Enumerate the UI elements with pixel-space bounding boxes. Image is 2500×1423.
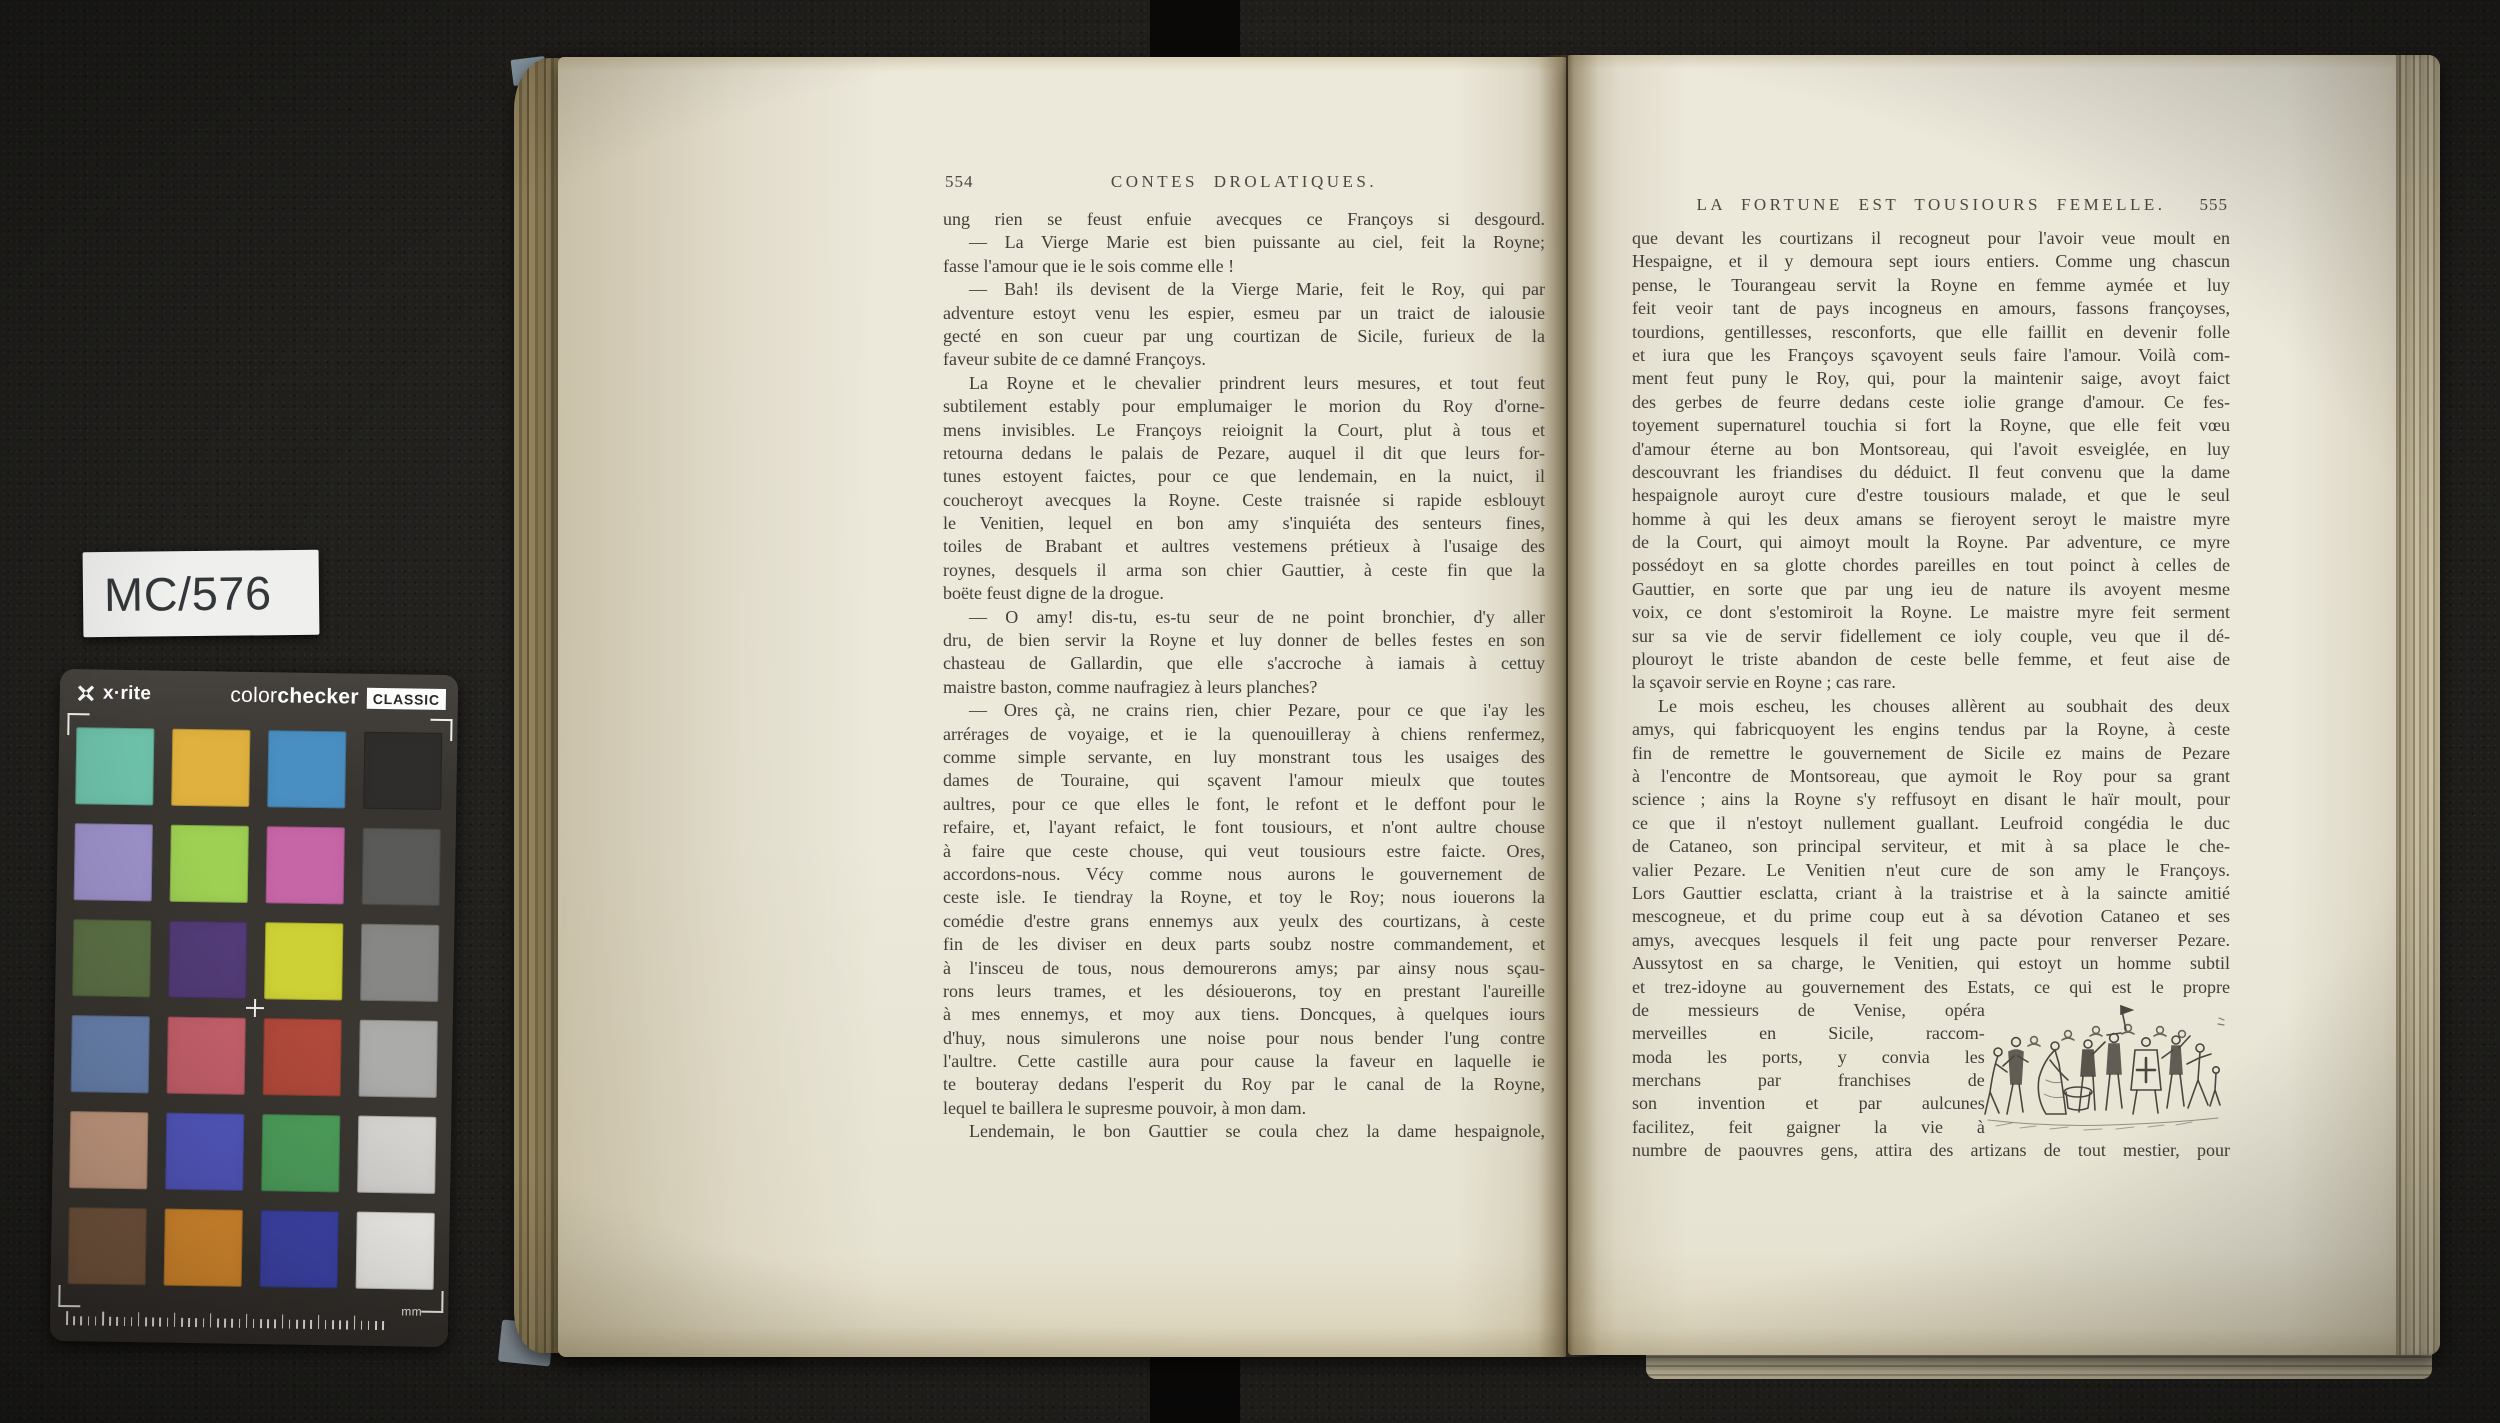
ruler-tick [238,1319,240,1328]
text-line: amys, qui fabricquoyent les engins tendu… [1632,718,2230,741]
ruler-tick [224,1319,226,1328]
text-block-left: ung rien se feust enfuie avecques ce Fra… [943,208,1545,1144]
book-page-left: 554 CONTES DROLATIQUES. ung rien se feus… [558,57,1566,1357]
ruler-tick [296,1320,298,1329]
text-line: pense, le Tourangeau servit la Royne en … [1632,274,2230,297]
archive-reference-label: MC/576 [83,550,320,637]
text-line: comédie d'estre grans ennemys aux yeulx … [943,910,1545,933]
text-line: amys, avecques lesquels il feit ung pact… [1632,929,2230,952]
color-patch [359,1020,438,1098]
running-head-right: LA FORTUNE EST TOUSIOURS FEMELLE. 555 [1632,195,2230,219]
xrite-brand: x·rite [75,682,152,705]
color-patch [164,1209,243,1287]
colorchecker-name: colorchecker [230,684,359,710]
text-line: à mes ennemys, et moy aux tiens. Doncque… [943,1003,1545,1026]
xrite-brand-text: x·rite [103,683,152,706]
photo-stage: MC/576 x·rite colorchecker CLASSIC mm [0,0,2500,1423]
text-line: maistre baston, comme naufragiez à leurs… [943,676,1545,699]
text-line: homme à qui les deux amans se fieroyent … [1632,508,2230,531]
text-line: dru, de bien servir la Royne et luy donn… [943,629,1545,652]
text-line: aultres, pour ce que elles le font, le r… [943,793,1545,816]
ruler-tick [274,1319,276,1328]
text-line: à l'encontre de Montsoreau, que aymoit l… [1632,765,2230,788]
text-line: accordons-nous. Vécy comme nous aurons l… [943,863,1545,886]
text-line: dames de Touraine, qui sçavent l'amour m… [943,769,1545,792]
text-line: et iura que les Françoys sçavoyent seuls… [1632,344,2230,367]
text-line: Hespaigne, et il y demoura sept iours en… [1632,250,2230,273]
colorchecker-card: x·rite colorchecker CLASSIC mm [50,669,459,1347]
center-registration-cross [246,999,264,1017]
xrite-logo-icon [75,682,97,704]
running-head-left: 554 CONTES DROLATIQUES. [943,172,1545,196]
color-patch [165,1113,244,1191]
ruler-tick [181,1318,183,1327]
ruler-tick [88,1316,90,1325]
ruler-tick [152,1317,154,1326]
text-line: moda les ports, y convia les [1632,1046,1985,1069]
crop-mark-bottom-left [58,1285,80,1307]
text-line: gecté en son cueur par ung courtizan de … [943,325,1545,348]
text-line: de messieurs de Venise, opéra [1632,999,1985,1022]
text-line: que devant les courtizans il recogneut p… [1632,227,2230,250]
ruler-tick [346,1320,348,1329]
color-patch [68,1207,147,1285]
text-line: — O amy! dis-tu, es-tu seur de ne point … [943,606,1545,629]
mm-unit-label: mm [401,1304,422,1318]
ruler-tick [289,1320,291,1329]
text-line: merchans par franchises de [1632,1069,1985,1092]
text-line: ceste isle. Ie tiendray la Royne, et toy… [943,886,1545,909]
text-line: fasse l'amour que ie le sois comme elle … [943,255,1545,278]
text-line: la sçavoir servie en Royne ; cas rare. [1632,671,2230,694]
backdrop-shadow-band-top [1150,0,1240,60]
ruler-tick [267,1319,269,1328]
ruler-tick [203,1318,205,1327]
ruler-tick [368,1321,370,1330]
text-line: de Cataneo, son principal serviteur, et … [1632,835,2230,858]
classic-edition-badge: CLASSIC [367,687,446,709]
crowd-engraving-illustration [1976,996,2228,1140]
text-line: comme simple servante, en luy monstrant … [943,746,1545,769]
ruler-tick [332,1320,334,1329]
text-line: toiles de Brabant et aultres vestemens p… [943,535,1545,558]
ruler-tick [159,1318,161,1327]
ruler-tick [95,1317,97,1326]
color-patch [170,825,249,903]
ruler-tick [131,1317,133,1326]
text-line: La Royne et le chevalier prindrent leurs… [943,372,1545,395]
ruler-tick [310,1320,312,1329]
ruler-tick [382,1321,384,1330]
text-block-right: que devant les courtizans il recogneut p… [1632,227,2230,1163]
text-line: Lors Gauttier esclatta, criant à la trai… [1632,882,2230,905]
millimeter-ruler [66,1309,396,1330]
text-line: son invention et par aulcunes [1632,1092,1985,1115]
text-line: Gauttier, en sorte que par ung ieu de na… [1632,578,2230,601]
text-line: toyement supernaturel touchia si fort la… [1632,414,2230,437]
ruler-tick [167,1318,169,1327]
text-line: plouroyt le triste abandon de ceste bell… [1632,648,2230,671]
text-line: tunes estoyent faictes, pour ce que lend… [943,465,1545,488]
color-patch [261,1114,340,1192]
text-line: science ; ains la Royne s'y reffusoyt en… [1632,788,2230,811]
text-line: coucheroyt avecques la Royne. Ceste trai… [943,489,1545,512]
text-line: valier Pezare. Le Venitien n'eut cure de… [1632,859,2230,882]
color-patch [264,922,343,1000]
text-line: l'aultre. Cette castille aura pour cause… [943,1050,1545,1073]
text-line: voix, ce dont s'estomiroit la Royne. Le … [1632,601,2230,624]
backdrop-shadow-band-bottom [1150,1350,1240,1423]
text-line: refaire, et, l'ayant refaict, le font to… [943,816,1545,839]
ruler-tick [188,1318,190,1327]
text-line: d'amour éterne au bon Montsoreau, qui l'… [1632,438,2230,461]
text-line: facilitez, feit gaigner la vie à [1632,1116,1985,1139]
color-patch [260,1210,339,1288]
color-patch [72,919,151,997]
color-patch [74,823,153,901]
text-line: chasteau de Gallardin, que elle s'accroc… [943,652,1545,675]
text-line: fin de remettre le gouvernement de Sicil… [1632,742,2230,765]
color-patch [167,1017,246,1095]
text-line: descouvrant les friandises du déduict. I… [1632,461,2230,484]
text-line: sur sa vie de servir fidellement ce ioly… [1632,625,2230,648]
color-patch [71,1015,150,1093]
ruler-tick [123,1317,125,1326]
text-line: ung rien se feust enfuie avecques ce Fra… [943,208,1545,231]
text-line: retourna dedans le palais de Pezare, auq… [943,442,1545,465]
ruler-tick [303,1320,305,1329]
ruler-tick [375,1321,377,1330]
ruler-tick [116,1317,118,1326]
ruler-tick [210,1313,212,1327]
ruler-tick [361,1321,363,1330]
text-line: — Bah! ils devisent de la Vierge Marie, … [943,278,1545,301]
colorchecker-wordmark: colorchecker CLASSIC [230,684,446,711]
ruler-tick [174,1313,176,1327]
text-line: Aussytost en sa charge, le Venitien, qui… [1632,952,2230,975]
color-patch [363,732,442,810]
ruler-tick [66,1311,68,1325]
color-patch [266,826,345,904]
text-line: de la Court, qui aimoyt moult la Royne. … [1632,531,2230,554]
color-patch [357,1116,436,1194]
text-line: rons leurs trames, et les désiouerons, t… [943,980,1545,1003]
ruler-tick [253,1319,255,1328]
color-patch [360,924,439,1002]
running-title-left: CONTES DROLATIQUES. [943,172,1545,192]
ruler-tick [246,1314,248,1328]
color-patch [171,729,250,807]
text-line: boëte feust digne de la drogue. [943,582,1545,605]
color-patch [263,1018,342,1096]
text-line: à faire que ceste chouse, qui veut tousi… [943,840,1545,863]
page-number-right: 555 [2200,195,2229,215]
text-line: tourdions, gentillesses, resconforts, qu… [1632,321,2230,344]
text-line: le Venitien, lequel en bon amy s'inquiét… [943,512,1545,535]
text-line: merveilles en Sicile, raccom- [1632,1022,1985,1045]
text-line: — Ores çà, ne crains rien, chier Pezare,… [943,699,1545,722]
text-line: faveur subite de ce damné Françoys. [943,348,1545,371]
text-line: Le mois escheu, les chouses allèrent au … [1632,695,2230,718]
ruler-tick [80,1316,82,1325]
color-patch [356,1212,435,1290]
ruler-tick [282,1314,284,1328]
ruler-tick [260,1319,262,1328]
text-line: roynes, desquels il arma son chier Gautt… [943,559,1545,582]
text-line: ce que il n'estoyt nullement guallant. L… [1632,812,2230,835]
ruler-tick [339,1320,341,1329]
color-patch [362,828,441,906]
text-line: des gerbes de feurre dedans ceste iolie … [1632,391,2230,414]
text-line: feit veoir tant de pays incogneus en amo… [1632,297,2230,320]
text-line: à l'insceu de tous, nous demourerons amy… [943,957,1545,980]
ruler-tick [325,1320,327,1329]
text-line: mescogneue, et du prime coup eut à sa dé… [1632,905,2230,928]
color-patch [75,727,154,805]
text-line: ment feut puny le Roy, qui, pour la main… [1632,367,2230,390]
text-line: mens invisibles. Le Françoys reioignit l… [943,419,1545,442]
text-line: numbre de paouvres gens, attira des arti… [1632,1139,2230,1162]
ruler-tick [138,1312,140,1326]
ruler-tick [102,1312,104,1326]
text-line: hespaignole auroyt cure d'estre tousiour… [1632,484,2230,507]
text-line: fin de les diviser en deux parts soubz n… [943,933,1545,956]
fore-edge-right [2396,55,2440,1355]
page-number-left: 554 [945,172,974,192]
page-edges-bottom [1646,1352,2432,1379]
text-line: arrérages de voyaige, et ie la quenouill… [943,723,1545,746]
crop-mark-bottom-right [421,1291,443,1313]
text-line: te bouteray dedans l'esperit du Roy par … [943,1073,1545,1096]
ruler-tick [73,1316,75,1325]
text-line: subtilement estably pour emplumaiger le … [943,395,1545,418]
ruler-tick [318,1315,320,1329]
ruler-tick [145,1317,147,1326]
ruler-tick [231,1319,233,1328]
color-patch [267,730,346,808]
ruler-tick [217,1318,219,1327]
color-patch [69,1111,148,1189]
text-line: adventure estoyt venu les espier, esmeu … [943,302,1545,325]
ruler-tick [195,1318,197,1327]
color-patch [168,921,247,999]
text-line: Lendemain, le bon Gauttier se coula chez… [943,1120,1545,1143]
text-line: possédoyt en sa glotte chordes pareilles… [1632,554,2230,577]
running-title-right: LA FORTUNE EST TOUSIOURS FEMELLE. [1632,195,2230,215]
ruler-tick [353,1316,355,1330]
text-line: — La Vierge Marie est bien puissante au … [943,231,1545,254]
book-page-right: LA FORTUNE EST TOUSIOURS FEMELLE. 555 [1568,55,2440,1355]
text-line: d'huy, nous simulerons une noise pour no… [943,1027,1545,1050]
text-line: lequel te baillera le supresme pouvoir, … [943,1097,1545,1120]
ruler-tick [109,1317,111,1326]
